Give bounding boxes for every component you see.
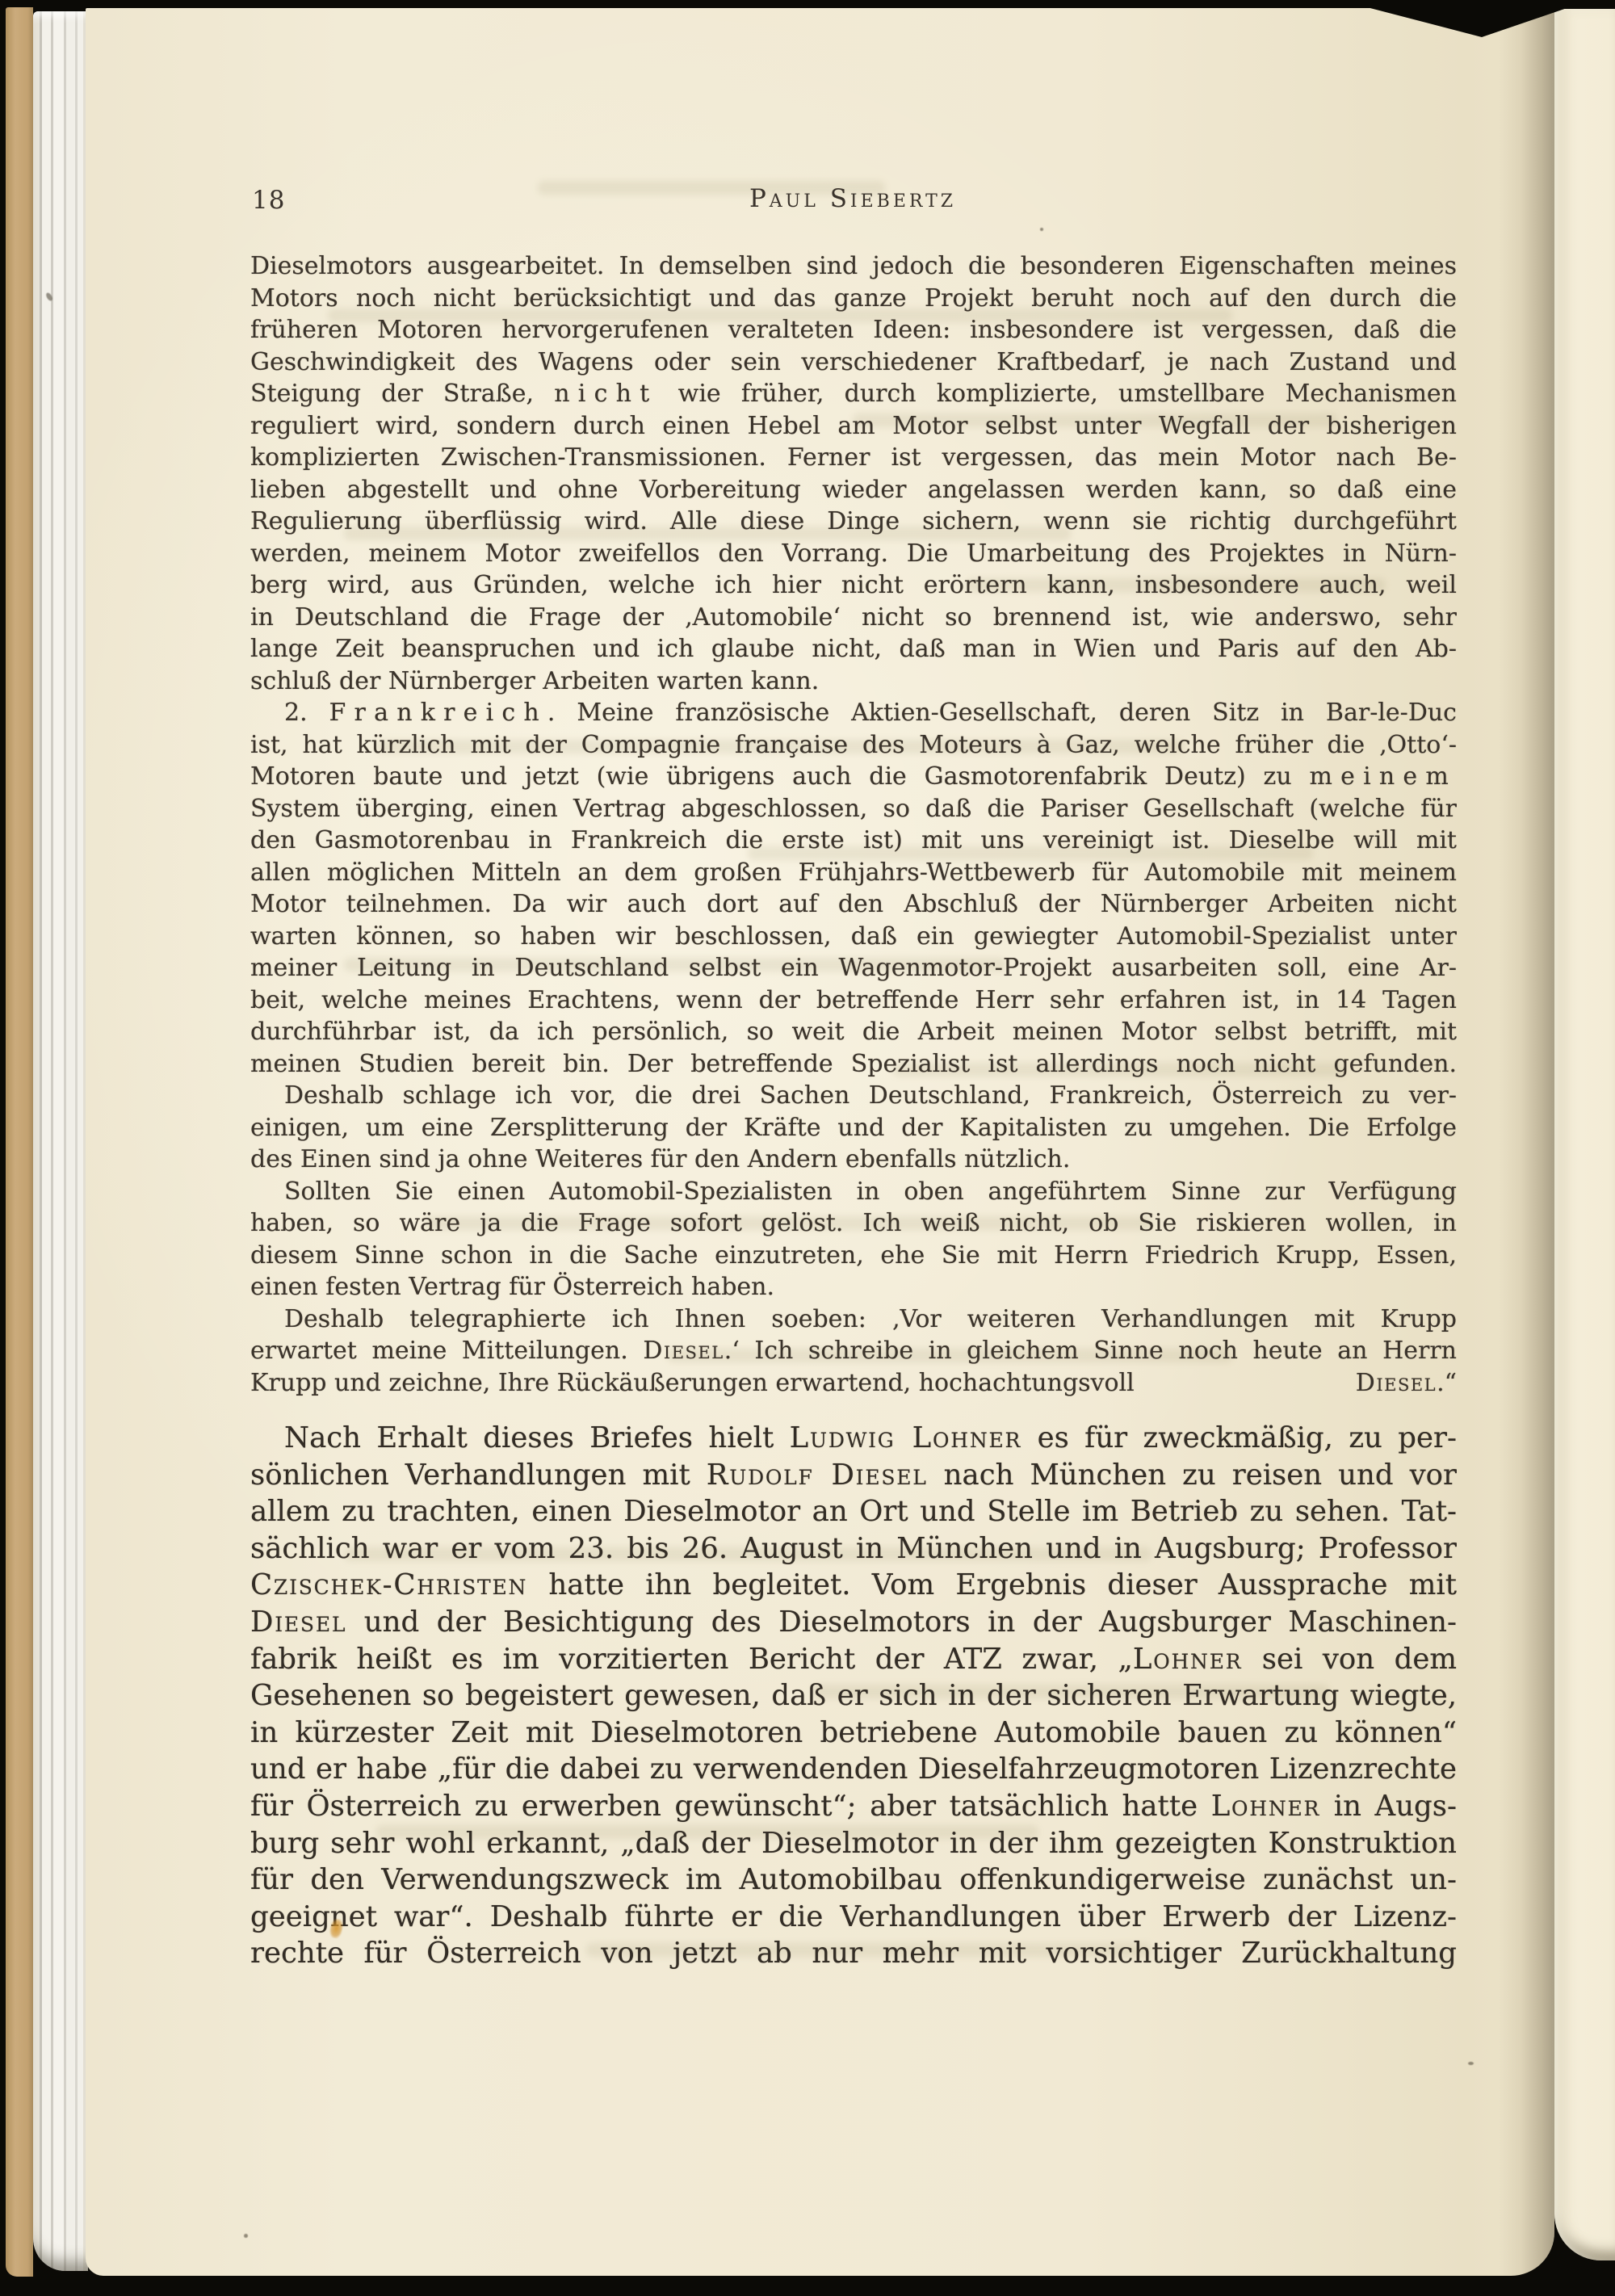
text-line: Motors noch nicht berücksichtigt und das…: [250, 283, 1457, 315]
text-line: sächlich war er vom 23. bis 26. August i…: [250, 1530, 1457, 1568]
text-line: Krupp und zeichne, Ihre Rückäußerungen e…: [250, 1367, 1457, 1400]
text-line: meinen Studien bereit bin. Der betreffen…: [250, 1048, 1457, 1081]
text-line: in kürzester Zeit mit Dieselmotoren betr…: [250, 1715, 1457, 1752]
text-line: warten können, so haben wir beschlossen,…: [250, 921, 1457, 953]
text-line: berg wird, aus Gründen, welche ich hier …: [250, 569, 1457, 602]
text-line: Motor teilnehmen. Da wir auch dort auf d…: [250, 888, 1457, 921]
text-line: Gesehenen so begeistert gewesen, daß er …: [250, 1677, 1457, 1715]
text-line: in Deutschland die Frage der ‚Automobile…: [250, 602, 1457, 634]
scanned-book-photo: { "page": { "number": "18", "running_hea…: [0, 0, 1615, 2296]
text-line: komplizierten Zwischen-Transmissionen. F…: [250, 442, 1457, 474]
gutter-crease-shadow: [1498, 8, 1554, 2276]
small-caps-name: Diesel: [643, 1337, 724, 1365]
text-line: reguliert wird, sondern durch einen Hebe…: [250, 410, 1457, 443]
text-line: des Einen sind ja ohne Weiteres für den …: [250, 1144, 1457, 1176]
text-line: Deshalb telegraphierte ich Ihnen soeben:…: [250, 1303, 1457, 1336]
text-line: schluß der Nürnberger Arbeiten warten ka…: [250, 665, 1457, 698]
text-line: Sollten Sie einen Automobil-Spezialisten…: [250, 1176, 1457, 1208]
paper-speck: [244, 2234, 248, 2238]
text-line: Geschwindigkeit des Wagens oder sein ver…: [250, 346, 1457, 379]
text-line: erwartet meine Mitteilungen. Diesel.‘ Ic…: [250, 1335, 1457, 1367]
small-caps-name: Diesel: [250, 1606, 346, 1639]
text-line: für Österreich zu erwerben gewünscht“; a…: [250, 1788, 1457, 1825]
text-line: System überging, einen Vertrag abgeschlo…: [250, 793, 1457, 825]
text-line: früheren Motoren hervorgerufenen veralte…: [250, 314, 1457, 346]
text-line: werden, meinem Motor zweifellos den Vorr…: [250, 538, 1457, 570]
text-line: Czischek-Christen hatte ihn begleitet. V…: [250, 1567, 1457, 1604]
text-line: durchführbar ist, da ich persönlich, so …: [250, 1016, 1457, 1048]
small-caps-name: Lohner: [1211, 1790, 1320, 1823]
text-line: einigen, um eine Zersplitterung der Kräf…: [250, 1112, 1457, 1144]
text-line: geeignet war“. Deshalb führte er die Ver…: [250, 1899, 1457, 1936]
text-line: den Gasmotorenbau in Frankreich die erst…: [250, 825, 1457, 857]
running-header: Paul Siebertz: [250, 184, 1455, 213]
small-caps-name: Diesel: [1356, 1369, 1437, 1397]
letterspaced-word: meinem: [1309, 762, 1457, 791]
page-number: 18: [252, 186, 285, 215]
text-line: haben, so wäre ja die Frage sofort gelös…: [250, 1207, 1457, 1240]
text-line: Steigung der Straße, nicht wie früher, d…: [250, 378, 1457, 410]
text-line: lieben abgestellt und ohne Vorbereitung …: [250, 474, 1457, 506]
page-header-row: 18 Paul Siebertz: [250, 184, 1455, 221]
small-caps-name: Ludwig Lohner: [790, 1421, 1022, 1454]
text-line: rechte für Österreich von jetzt ab nur m…: [250, 1935, 1457, 1972]
paper-speck: [1040, 228, 1043, 231]
text-line: Diesel und der Besichtigung des Dieselmo…: [250, 1604, 1457, 1641]
book-page: 18 Paul Siebertz Dieselmotors ausgearbei…: [86, 8, 1554, 2276]
text-line: burg sehr wohl erkannt, „daß der Dieselm…: [250, 1825, 1457, 1862]
text-line: Regulierung überflüssig wird. Alle diese…: [250, 506, 1457, 538]
text-line: einen festen Vertrag für Österreich habe…: [250, 1271, 1457, 1303]
text-line: 2. Frankreich. Meine französische Aktien…: [250, 697, 1457, 729]
text-line: meiner Leitung in Deutschland selbst ein…: [250, 952, 1457, 984]
paper-speck: [1468, 2062, 1474, 2065]
text-line: für den Verwendungszweck im Automobilbau…: [250, 1862, 1457, 1899]
text-line: sönlichen Verhandlungen mit Rudolf Diese…: [250, 1457, 1457, 1494]
small-caps-name: Lohner: [1133, 1643, 1242, 1676]
text-line: Dieselmotors ausgearbeitet. In demselben…: [250, 250, 1457, 283]
page-stack-edges: [33, 11, 88, 2271]
text-line: allen möglichen Mitteln an dem großen Fr…: [250, 857, 1457, 889]
text-line: diesem Sinne schon in die Sache einzutre…: [250, 1240, 1457, 1272]
line-right-part: Diesel.“: [1356, 1367, 1457, 1400]
text-line: allem zu trachten, einen Dieselmotor an …: [250, 1493, 1457, 1530]
text-line: ist, hat kürzlich mit der Compagnie fran…: [250, 729, 1457, 762]
body-paragraph-text: Nach Erhalt dieses Briefes hielt Ludwig …: [250, 1420, 1457, 1972]
facing-page-edge: [1554, 9, 1615, 2260]
small-caps-name: Czischek-Christen: [250, 1568, 527, 1601]
letterspaced-word: Frankreich: [329, 699, 547, 727]
text-line: beit, welche meines Erachtens, wenn der …: [250, 984, 1457, 1017]
small-caps-name: Rudolf Diesel: [707, 1459, 928, 1492]
letterspaced-word: nicht: [554, 380, 657, 408]
text-line: Deshalb schlage ich vor, die drei Sachen…: [250, 1080, 1457, 1112]
text-line: Nach Erhalt dieses Briefes hielt Ludwig …: [250, 1420, 1457, 1457]
line-left-part: Krupp und zeichne, Ihre Rückäußerungen e…: [250, 1367, 1135, 1400]
text-line: Motoren baute und jetzt (wie übrigens au…: [250, 761, 1457, 793]
text-line: lange Zeit beanspruchen und ich glaube n…: [250, 633, 1457, 665]
text-line: fabrik heißt es im vorzitierten Bericht …: [250, 1641, 1457, 1678]
text-line: und er habe „für die dabei zu verwendend…: [250, 1751, 1457, 1788]
book-cover-edge: [6, 7, 33, 2277]
quoted-letter-text: Dieselmotors ausgearbeitet. In demselben…: [250, 250, 1457, 1399]
